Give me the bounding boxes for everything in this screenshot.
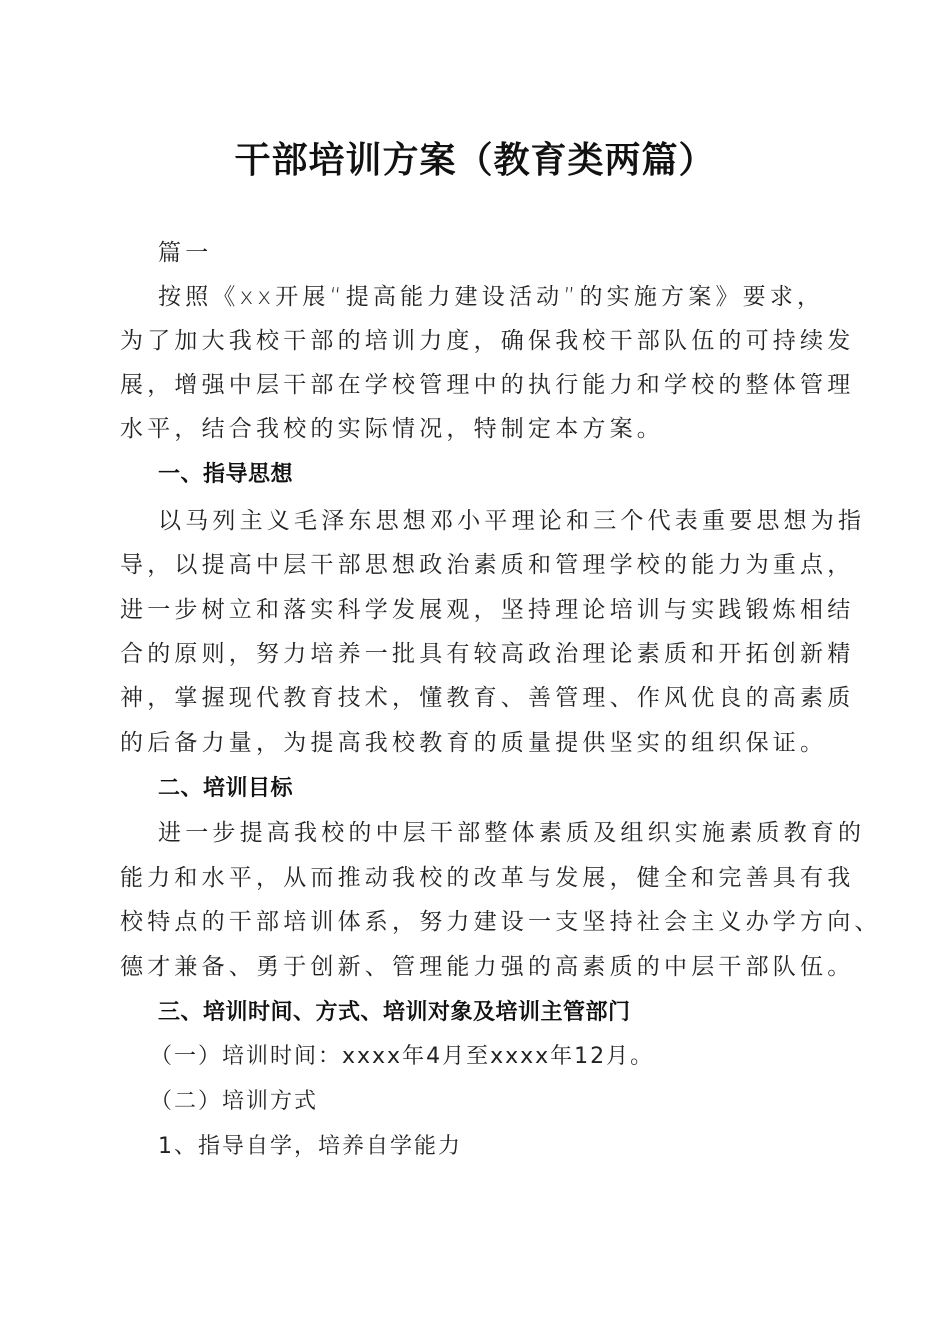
part-label: 篇一: [158, 238, 878, 268]
paragraph-line: 德才兼备、勇于创新、管理能力强的高素质的中层干部队伍。: [120, 952, 840, 982]
sub-item-training-method: （二）培训方式: [150, 1087, 318, 1117]
document-page: 干部培训方案（教育类两篇） 篇一 按照《xx开展“提高能力建设活动”的实施方案》…: [0, 0, 950, 1344]
section-heading-training-goals: 二、培训目标: [158, 774, 293, 804]
sub-item-training-time: （一）培训时间：xxxx年4月至xxxx年12月。: [150, 1042, 654, 1072]
section-heading-training-schedule: 三、培训时间、方式、培训对象及培训主管部门: [158, 998, 631, 1028]
paragraph-line: 进一步提高我校的中层干部整体素质及组织实施素质教育的: [158, 818, 878, 848]
paragraph-line: 神，掌握现代教育技术，懂教育、善管理、作风优良的高素质: [120, 683, 840, 713]
document-title: 干部培训方案（教育类两篇）: [0, 138, 950, 182]
section-heading-guiding-ideology: 一、指导思想: [158, 460, 293, 490]
paragraph-line: 合的原则，努力培养一批具有较高政治理论素质和开拓创新精: [120, 639, 840, 669]
paragraph-line: 的后备力量，为提高我校教育的质量提供坚实的组织保证。: [120, 728, 840, 758]
list-item-self-study: 1、指导自学，培养自学能力: [158, 1132, 462, 1162]
paragraph-line: 以马列主义毛泽东思想邓小平理论和三个代表重要思想为指: [158, 506, 878, 536]
paragraph-line: 为了加大我校干部的培训力度，确保我校干部队伍的可持续发: [120, 326, 840, 356]
paragraph-line: 按照《xx开展“提高能力建设活动”的实施方案》要求，: [158, 282, 878, 312]
paragraph-line: 校特点的干部培训体系，努力建设一支坚持社会主义办学方向、: [120, 907, 840, 937]
paragraph-line: 能力和水平，从而推动我校的改革与发展，健全和完善具有我: [120, 863, 840, 893]
paragraph-line: 进一步树立和落实科学发展观，坚持理论培训与实践锻炼相结: [120, 595, 840, 625]
paragraph-line: 展，增强中层干部在学校管理中的执行能力和学校的整体管理: [120, 370, 840, 400]
paragraph-line: 水平，结合我校的实际情况，特制定本方案。: [120, 414, 840, 444]
paragraph-line: 导，以提高中层干部思想政治素质和管理学校的能力为重点，: [120, 550, 840, 580]
